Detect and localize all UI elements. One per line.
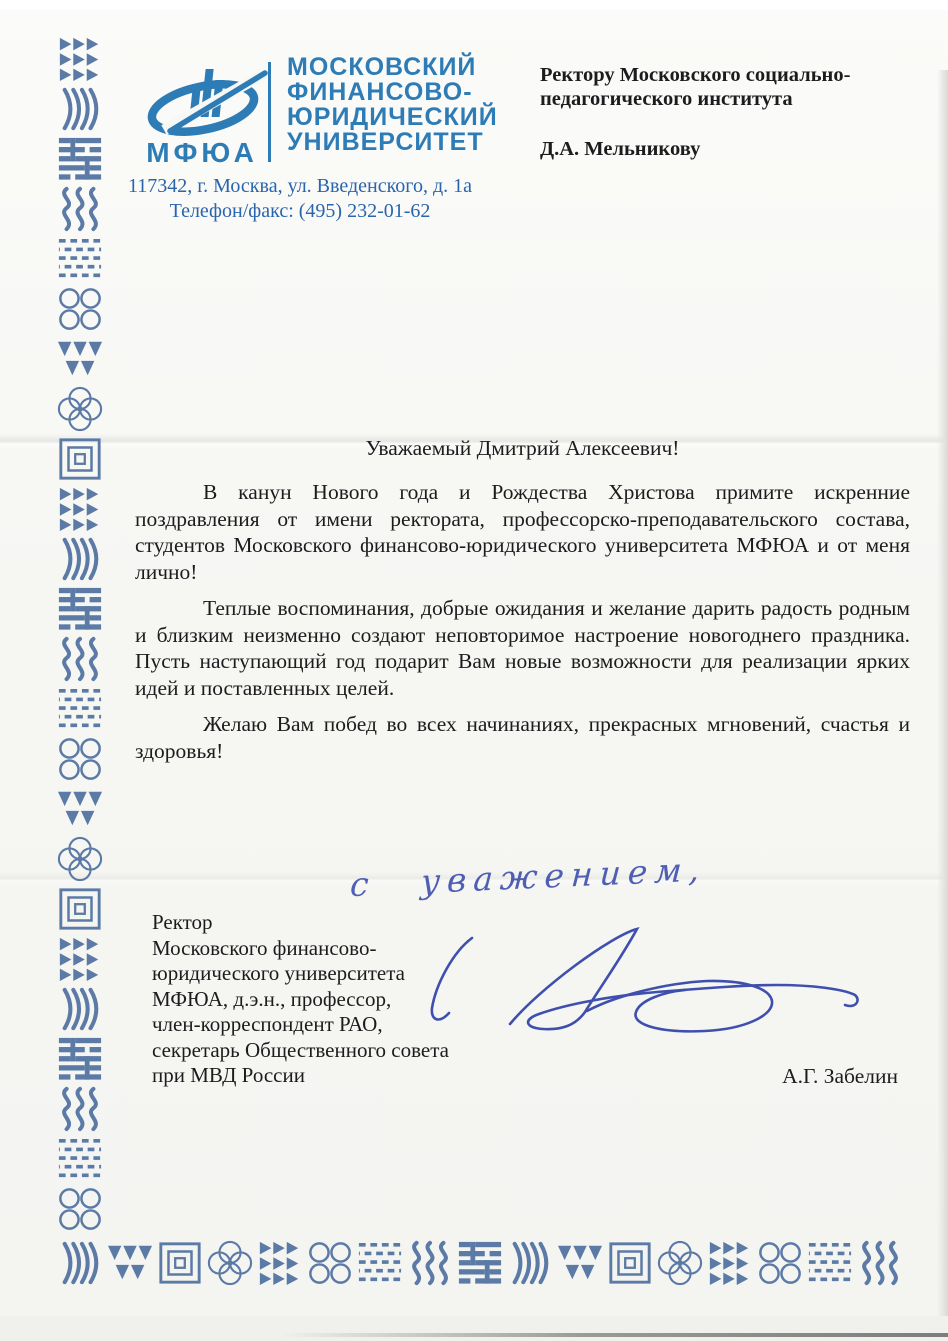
university-name-line: УНИВЕРСИТЕТ (287, 130, 498, 155)
ornament-tile-quatrefoil (207, 1240, 253, 1286)
ornament-tile-waves (57, 1086, 103, 1132)
signer-title-line: член-корреспондент РАО, (152, 1012, 449, 1038)
scan-edge-bottom (0, 1316, 948, 1341)
ornament-tile-triangles (107, 1240, 153, 1286)
signer-title-line: Ректор (152, 910, 449, 936)
signer-title-line: секретарь Общественного совета (152, 1038, 449, 1064)
ornament-tile-arrows (57, 36, 103, 82)
ornament-tile-arcs (57, 986, 103, 1032)
ornament-tile-arcs (57, 536, 103, 582)
ornament-tile-arrows (707, 1240, 753, 1286)
ornamental-border-bottom (57, 1240, 903, 1286)
ornament-tile-dashes (57, 686, 103, 732)
handwritten-closing: с уважением, (349, 845, 811, 904)
ornament-tile-comb (457, 1240, 503, 1286)
ornament-tile-comb (57, 136, 103, 182)
ornament-tile-circles4 (57, 1186, 103, 1232)
recipient-block: Ректору Московского социально-педагогиче… (540, 64, 850, 162)
ornament-tile-triangles (557, 1240, 603, 1286)
recipient-title-line: педагогического института (540, 88, 850, 112)
university-logo-icon (138, 56, 268, 141)
university-name-line: ЮРИДИЧЕСКИЙ (287, 105, 498, 130)
scan-edge-bottom-line (280, 1333, 948, 1337)
address-line: 117342, г. Москва, ул. Введенского, д. 1… (120, 174, 480, 199)
university-name-line: ФИНАНСОВО- (287, 80, 498, 105)
ornament-tile-arcs (507, 1240, 553, 1286)
ornament-tile-arrows (57, 486, 103, 532)
recipient-title: Ректору Московского социально-педагогиче… (540, 64, 850, 111)
ornament-tile-waves (407, 1240, 453, 1286)
signer-title-line: МФЮА, д.э.н., профессор, (152, 987, 449, 1013)
letter-paragraph: В канун Нового года и Рождества Христова… (135, 479, 910, 585)
ornament-tile-squares (57, 886, 103, 932)
ornament-tile-waves (57, 186, 103, 232)
ornament-tile-dashes (357, 1240, 403, 1286)
signer-title-line: Московского финансово- (152, 936, 449, 962)
university-name: МОСКОВСКИЙФИНАНСОВО-ЮРИДИЧЕСКИЙУНИВЕРСИТ… (287, 55, 498, 155)
ornament-tile-quatrefoil (657, 1240, 703, 1286)
ornament-tile-triangles (57, 336, 103, 382)
ornament-tile-waves (57, 636, 103, 682)
ornament-tile-circles4 (57, 286, 103, 332)
signer-title-line: юридического университета (152, 961, 449, 987)
ornament-tile-quatrefoil (57, 836, 103, 882)
university-name-line: МОСКОВСКИЙ (287, 55, 498, 80)
signer-name: А.Г. Забелин (660, 1064, 898, 1089)
salutation: Уважаемый Дмитрий Алексеевич! (135, 436, 910, 461)
ornament-tile-triangles (57, 786, 103, 832)
scan-edge-right (937, 70, 948, 1320)
ornament-tile-arrows (257, 1240, 303, 1286)
ornament-tile-arrows (57, 936, 103, 982)
ornament-tile-dashes (57, 1136, 103, 1182)
ornamental-border-left (57, 36, 103, 1232)
ornament-tile-squares (157, 1240, 203, 1286)
signer-title-block: РекторМосковского финансово-юридического… (152, 910, 449, 1089)
letter-body: В канун Нового года и Рождества Христова… (135, 479, 910, 774)
letter-page: МФЮА МОСКОВСКИЙФИНАНСОВО-ЮРИДИЧЕСКИЙУНИВ… (0, 0, 948, 1341)
university-address: 117342, г. Москва, ул. Введенского, д. 1… (120, 174, 480, 224)
ornament-tile-waves (857, 1240, 903, 1286)
letter-paragraph: Желаю Вам побед во всех начинаниях, прек… (135, 711, 910, 764)
phone-line: Телефон/факс: (495) 232-01-62 (120, 199, 480, 224)
ornament-tile-dashes (807, 1240, 853, 1286)
ornament-tile-arcs (57, 86, 103, 132)
ornament-tile-comb (57, 586, 103, 632)
ornament-tile-circles4 (307, 1240, 353, 1286)
logo-abbreviation: МФЮА (133, 137, 271, 169)
ornament-tile-squares (607, 1240, 653, 1286)
letter-paragraph: Теплые воспоминания, добрые ожидания и ж… (135, 595, 910, 701)
recipient-title-line: Ректору Московского социально- (540, 64, 850, 88)
ornament-tile-comb (57, 1036, 103, 1082)
ornament-tile-quatrefoil (57, 386, 103, 432)
signer-title-line: при МВД России (152, 1063, 449, 1089)
ornament-tile-circles4 (757, 1240, 803, 1286)
header-divider (268, 62, 271, 162)
scan-edge-top (0, 0, 948, 10)
ornament-tile-squares (57, 436, 103, 482)
ornament-tile-circles4 (57, 736, 103, 782)
ornament-tile-dashes (57, 236, 103, 282)
recipient-name: Д.А. Мельникову (540, 138, 850, 162)
ornament-tile-arcs (57, 1240, 103, 1286)
